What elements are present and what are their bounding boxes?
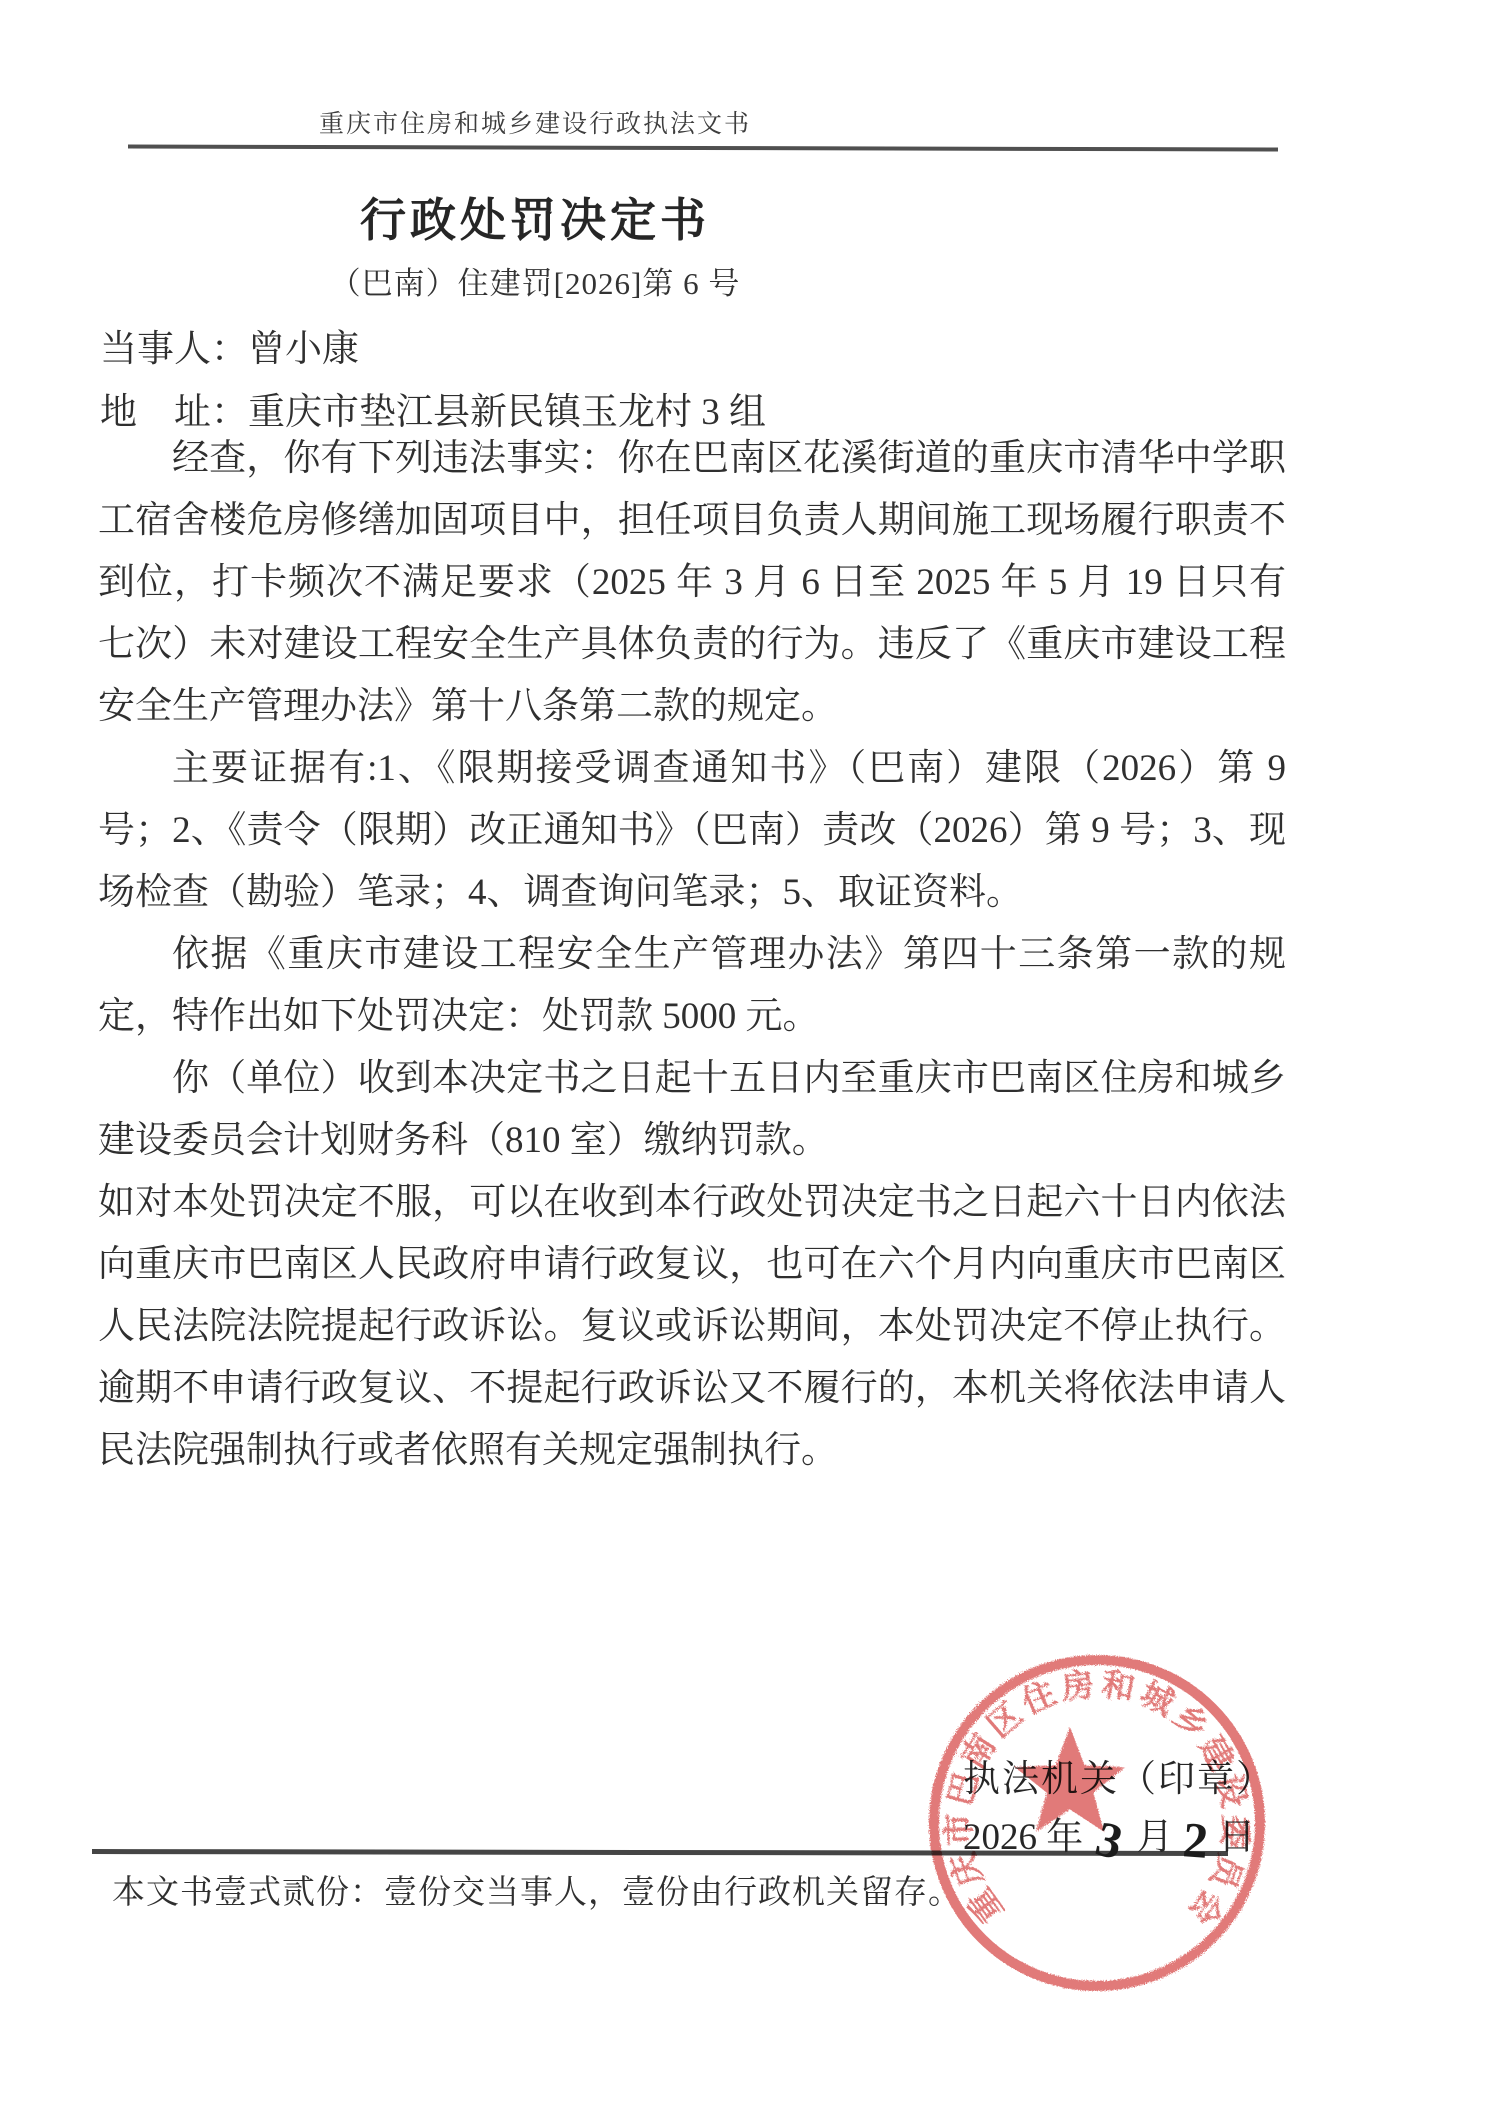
header-divider	[128, 144, 1278, 151]
paragraph-appeal-rights: 如对本处罚决定不服，可以在收到本行政处罚决定书之日起六十日内依法向重庆市巴南区人…	[98, 1172, 1286, 1482]
party-name-label: 当事人：	[100, 329, 248, 370]
party-name-line: 当事人：曾小康	[100, 318, 1288, 381]
paragraph-facts: 经查，你有下列违法事实：你在巴南区花溪街道的重庆市清华中学职工宿舍楼危房修缮加固…	[98, 428, 1286, 738]
seal-star-icon	[1015, 1727, 1125, 1832]
page-title: 行政处罚决定书	[0, 184, 1070, 250]
body-paragraphs: 经查，你有下列违法事实：你在巴南区花溪街道的重庆市清华中学职工宿舍楼危房修缮加固…	[98, 428, 1286, 1482]
party-name-value: 曾小康	[248, 329, 359, 370]
document-number: （巴南）住建罚[2026]第 6 号	[0, 258, 1070, 303]
paragraph-evidence: 主要证据有:1、《限期接受调查通知书》（巴南）建限（2026）第 9 号；2、《…	[98, 738, 1286, 924]
party-info: 当事人：曾小康 地 址：重庆市垫江县新民镇玉龙村 3 组	[100, 318, 1288, 444]
paragraph-payment: 你（单位）收到本决定书之日起十五日内至重庆市巴南区住房和城乡建设委员会计划财务科…	[98, 1048, 1286, 1172]
party-address-label: 地 址：	[100, 392, 248, 433]
document-series-label: 重庆市住房和城乡建设行政执法文书	[0, 104, 1070, 140]
paragraph-decision: 依据《重庆市建设工程安全生产管理办法》第四十三条第一款的规定，特作出如下处罚决定…	[98, 924, 1286, 1048]
official-seal: 重庆市巴南区住房和城乡建设委员会	[912, 1638, 1284, 2010]
party-address-value: 重庆市垫江县新民镇玉龙村 3 组	[248, 392, 766, 433]
penalty-decision-document: 重庆市住房和城乡建设行政执法文书 行政处罚决定书 （巴南）住建罚[2026]第 …	[0, 0, 1488, 2104]
